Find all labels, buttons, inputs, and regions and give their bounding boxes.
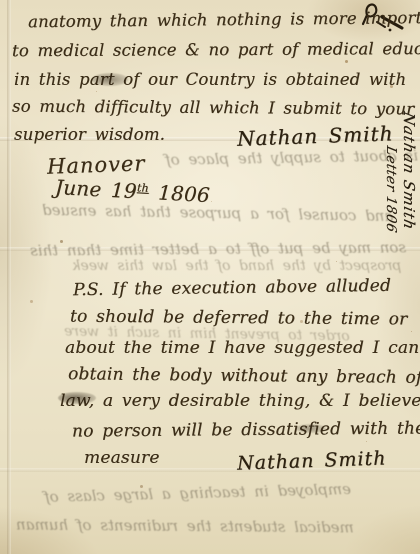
bleedthrough-line: and counsel for a purpose that has ensue… bbox=[42, 201, 394, 225]
letter-page: of death is about to supply the place of… bbox=[0, 0, 420, 554]
bleedthrough-line: prospect by the hand of the law this wee… bbox=[72, 258, 401, 274]
foxing-spots bbox=[345, 60, 348, 63]
date-day: June 19 bbox=[54, 175, 137, 203]
postscript-line: law, a very desirable thing, & I believe bbox=[60, 391, 420, 411]
bleedthrough-line: medical students the rudiments of human bbox=[16, 516, 354, 537]
date-year: 1806 bbox=[158, 180, 211, 207]
postscript-line: no person will be dissatisfied with the bbox=[72, 418, 420, 441]
fold-crease-vertical bbox=[7, 0, 11, 554]
date-ordinal: th bbox=[137, 181, 150, 195]
letter-line: so much difficulty all which I submit to… bbox=[12, 97, 414, 119]
postscript-line: measure bbox=[84, 448, 160, 468]
letter-line: anatomy than which nothing is more impor… bbox=[28, 8, 420, 31]
postscript-line: about the time I have suggested I can bbox=[65, 338, 419, 358]
bleedthrough-line: employed in teaching a large class of bbox=[44, 480, 351, 506]
letter-line: in this part of our Country is obtained … bbox=[14, 70, 406, 89]
postscript-signature: Nathan Smith bbox=[237, 447, 387, 474]
docket-name: Nathan Smith bbox=[400, 110, 418, 319]
letter-line: to medical science & no part of medical … bbox=[12, 39, 420, 60]
postscript-line: P.S. If the execution above alluded bbox=[73, 276, 391, 300]
postscript-line: obtain the body without any breach of bbox=[68, 364, 420, 388]
postscript-line: to should be deferred to the time or bbox=[70, 307, 408, 330]
letter-line: superior wisdom. bbox=[14, 125, 165, 144]
bleedthrough-line: son may be put off to a better time than… bbox=[30, 238, 406, 259]
